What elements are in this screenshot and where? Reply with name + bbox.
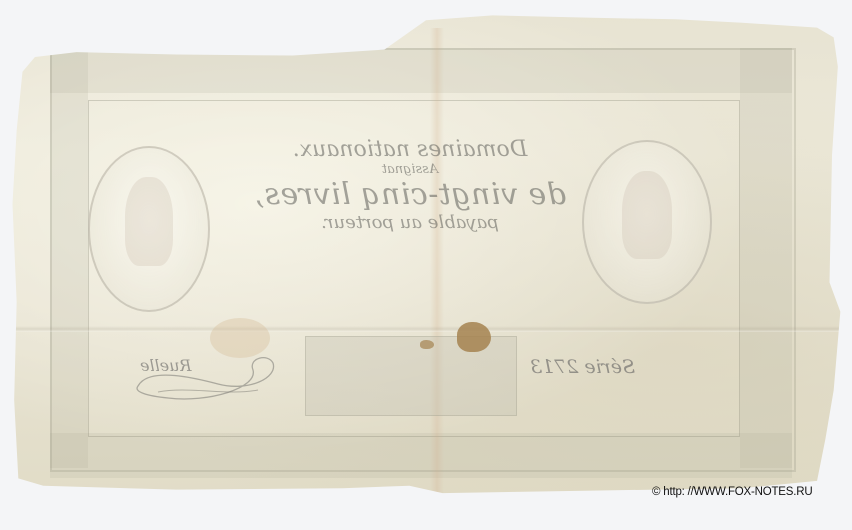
vertical-fold	[430, 28, 444, 498]
note-heading: Domaines nationaux.	[230, 138, 590, 161]
left-medallion	[88, 146, 210, 312]
horizontal-fold	[10, 326, 842, 332]
medallion-figure	[125, 177, 172, 266]
note-payable: payable au porteur.	[230, 214, 590, 233]
note-denomination: de vingt-cinq livres,	[230, 179, 590, 211]
banknote: Domaines nationaux. Assignat de vingt-ci…	[10, 8, 842, 498]
brown-stain	[457, 322, 491, 352]
medallion-figure	[622, 171, 672, 259]
series-number: Série 2713	[530, 356, 635, 378]
signature-text: Ruelle	[140, 356, 192, 375]
small-stain	[420, 340, 434, 349]
signature: Ruelle	[128, 348, 288, 408]
note-text-block: Domaines nationaux. Assignat de vingt-ci…	[230, 138, 590, 233]
copyright-watermark: © http: //WWW.FOX-NOTES.RU	[652, 486, 812, 498]
right-medallion	[582, 140, 712, 304]
note-subheading: Assignat	[230, 163, 590, 177]
